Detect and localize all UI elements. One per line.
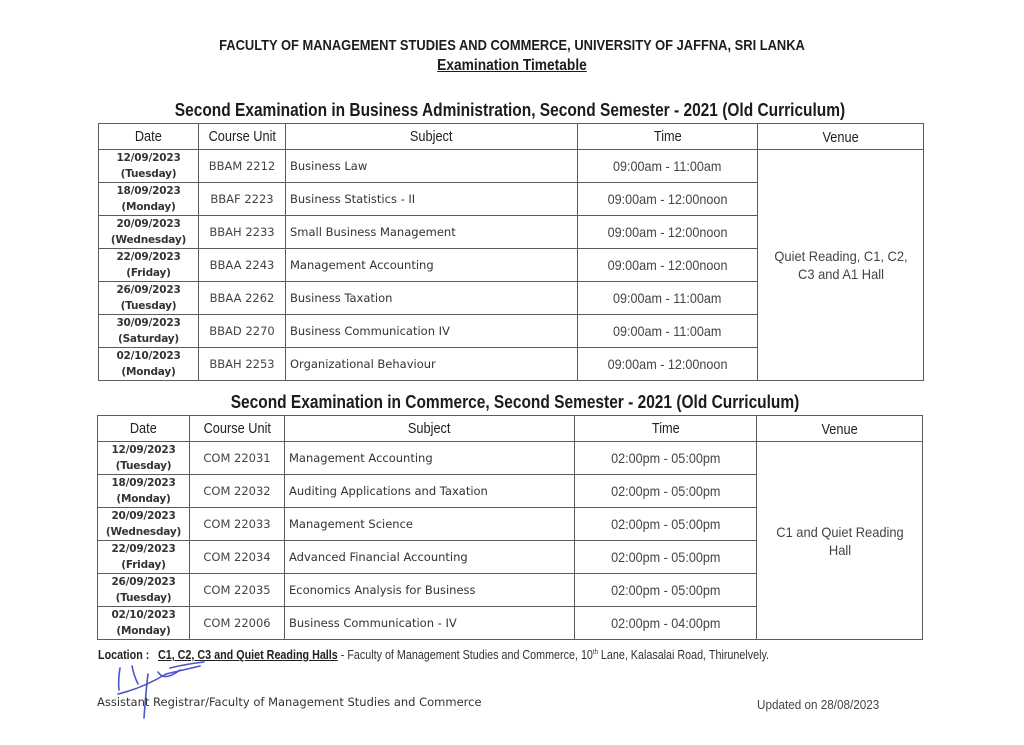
date-value: 18/09/2023 [98, 475, 189, 491]
exam-date: 18/09/2023(Monday) [99, 183, 199, 216]
timetable-business-administration: Date Course Unit Subject Time Venue 12/0… [98, 123, 924, 381]
time-value: 09:00am - 11:00am [613, 323, 721, 339]
weekday: (Tuesday) [99, 298, 198, 314]
section-title-business-administration: Second Examination in Business Administr… [71, 100, 948, 121]
course-unit: COM 22035 [190, 574, 285, 607]
col-header-course-unit: Course Unit [190, 416, 285, 442]
time-value: 02:00pm - 05:00pm [611, 549, 720, 565]
course-unit: BBAM 2212 [199, 150, 286, 183]
venue-text: C1 and Quiet Reading Hall [771, 523, 909, 559]
time-value: 09:00am - 12:00noon [608, 191, 728, 207]
subject: Business Law [286, 150, 578, 183]
time-value: 09:00am - 12:00noon [608, 356, 728, 372]
venue-text: Quiet Reading, C1, C2, C3 and A1 Hall [772, 247, 910, 283]
exam-date: 02/10/2023(Monday) [98, 607, 190, 640]
date-value: 22/09/2023 [99, 249, 198, 265]
date-value: 20/09/2023 [99, 216, 198, 232]
exam-time: 09:00am - 12:00noon [578, 249, 758, 282]
subject: Business Communication IV [286, 315, 578, 348]
col-header-subject: Subject [286, 124, 578, 150]
weekday: (Monday) [99, 364, 198, 380]
time-value: 02:00pm - 04:00pm [611, 615, 720, 631]
date-value: 12/09/2023 [99, 150, 198, 166]
weekday: (Tuesday) [99, 166, 198, 182]
subject: Management Accounting [285, 442, 575, 475]
exam-time: 09:00am - 12:00noon [578, 183, 758, 216]
subject: Advanced Financial Accounting [285, 541, 575, 574]
col-header-date: Date [99, 124, 199, 150]
subject: Management Science [285, 508, 575, 541]
course-unit: BBAA 2262 [199, 282, 286, 315]
time-value: 09:00am - 11:00am [613, 290, 721, 306]
time-value: 02:00pm - 05:00pm [611, 483, 720, 499]
exam-date: 26/09/2023(Tuesday) [99, 282, 199, 315]
col-header-venue: Venue [757, 416, 923, 442]
subject: Business Communication - IV [285, 607, 575, 640]
time-value: 09:00am - 11:00am [613, 158, 721, 174]
document-title-text: Examination Timetable [437, 57, 587, 74]
subject: Business Statistics - II [286, 183, 578, 216]
course-unit: BBAH 2233 [199, 216, 286, 249]
col-header-course-unit: Course Unit [199, 124, 286, 150]
col-header-time: Time [575, 416, 757, 442]
course-unit: COM 22034 [190, 541, 285, 574]
exam-time: 09:00am - 11:00am [578, 150, 758, 183]
weekday: (Friday) [98, 557, 189, 573]
course-unit: BBAA 2243 [199, 249, 286, 282]
course-unit: COM 22033 [190, 508, 285, 541]
exam-date: 20/09/2023(Wednesday) [98, 508, 190, 541]
course-unit: COM 22032 [190, 475, 285, 508]
date-value: 12/09/2023 [98, 442, 189, 458]
faculty-heading: FACULTY OF MANAGEMENT STUDIES AND COMMER… [72, 37, 953, 54]
subject: Management Accounting [286, 249, 578, 282]
exam-date: 12/09/2023(Tuesday) [98, 442, 190, 475]
col-header-date: Date [98, 416, 190, 442]
weekday: (Saturday) [99, 331, 198, 347]
date-value: 18/09/2023 [99, 183, 198, 199]
date-value: 20/09/2023 [98, 508, 189, 524]
exam-time: 09:00am - 12:00noon [578, 348, 758, 381]
date-value: 22/09/2023 [98, 541, 189, 557]
time-value: 02:00pm - 05:00pm [611, 516, 720, 532]
table-header-row: Date Course Unit Subject Time Venue [99, 124, 924, 150]
weekday: (Wednesday) [98, 524, 189, 540]
course-unit: COM 22031 [190, 442, 285, 475]
subject: Organizational Behaviour [286, 348, 578, 381]
weekday: (Tuesday) [98, 458, 189, 474]
col-header-subject: Subject [285, 416, 575, 442]
location-address: - Faculty of Management Studies and Comm… [338, 648, 593, 662]
course-unit: BBAD 2270 [199, 315, 286, 348]
exam-time: 09:00am - 11:00am [578, 282, 758, 315]
col-header-venue: Venue [758, 124, 924, 150]
exam-date: 22/09/2023(Friday) [98, 541, 190, 574]
exam-time: 02:00pm - 05:00pm [575, 475, 757, 508]
exam-time: 02:00pm - 05:00pm [575, 541, 757, 574]
signature-icon [108, 660, 238, 720]
date-value: 26/09/2023 [99, 282, 198, 298]
weekday: (Monday) [98, 623, 189, 639]
subject: Business Taxation [286, 282, 578, 315]
course-unit: BBAF 2223 [199, 183, 286, 216]
exam-date: 30/09/2023(Saturday) [99, 315, 199, 348]
signatory-title: Assistant Registrar/Faculty of Managemen… [97, 695, 482, 709]
venue: C1 and Quiet Reading Hall [757, 442, 923, 640]
document-title: Examination Timetable [72, 57, 953, 75]
exam-time: 02:00pm - 05:00pm [575, 508, 757, 541]
venue: Quiet Reading, C1, C2, C3 and A1 Hall [758, 150, 924, 381]
subject: Auditing Applications and Taxation [285, 475, 575, 508]
time-value: 02:00pm - 05:00pm [611, 450, 720, 466]
location-address-end: Lane, Kalasalai Road, Thirunelvely. [598, 648, 769, 662]
timetable-commerce: Date Course Unit Subject Time Venue 12/0… [97, 415, 923, 640]
course-unit: BBAH 2253 [199, 348, 286, 381]
weekday: (Wednesday) [99, 232, 198, 248]
exam-time: 09:00am - 12:00noon [578, 216, 758, 249]
exam-date: 12/09/2023(Tuesday) [99, 150, 199, 183]
exam-time: 02:00pm - 05:00pm [575, 442, 757, 475]
weekday: (Monday) [98, 491, 189, 507]
exam-date: 02/10/2023(Monday) [99, 348, 199, 381]
date-value: 30/09/2023 [99, 315, 198, 331]
weekday: (Tuesday) [98, 590, 189, 606]
date-value: 02/10/2023 [98, 607, 189, 623]
table-row: 12/09/2023(Tuesday)BBAM 2212Business Law… [99, 150, 924, 183]
exam-date: 26/09/2023(Tuesday) [98, 574, 190, 607]
course-unit: COM 22006 [190, 607, 285, 640]
exam-date: 22/09/2023(Friday) [99, 249, 199, 282]
updated-date: Updated on 28/08/2023 [757, 697, 879, 712]
exam-time: 09:00am - 11:00am [578, 315, 758, 348]
table-header-row: Date Course Unit Subject Time Venue [98, 416, 923, 442]
date-value: 26/09/2023 [98, 574, 189, 590]
time-value: 02:00pm - 05:00pm [611, 582, 720, 598]
exam-date: 20/09/2023(Wednesday) [99, 216, 199, 249]
exam-date: 18/09/2023(Monday) [98, 475, 190, 508]
subject: Small Business Management [286, 216, 578, 249]
exam-time: 02:00pm - 05:00pm [575, 574, 757, 607]
section-title-commerce: Second Examination in Commerce, Second S… [72, 392, 958, 413]
date-value: 02/10/2023 [99, 348, 198, 364]
exam-time: 02:00pm - 04:00pm [575, 607, 757, 640]
weekday: (Monday) [99, 199, 198, 215]
time-value: 09:00am - 12:00noon [608, 224, 728, 240]
table-row: 12/09/2023(Tuesday)COM 22031Management A… [98, 442, 923, 475]
time-value: 09:00am - 12:00noon [608, 257, 728, 273]
col-header-time: Time [578, 124, 758, 150]
weekday: (Friday) [99, 265, 198, 281]
subject: Economics Analysis for Business [285, 574, 575, 607]
